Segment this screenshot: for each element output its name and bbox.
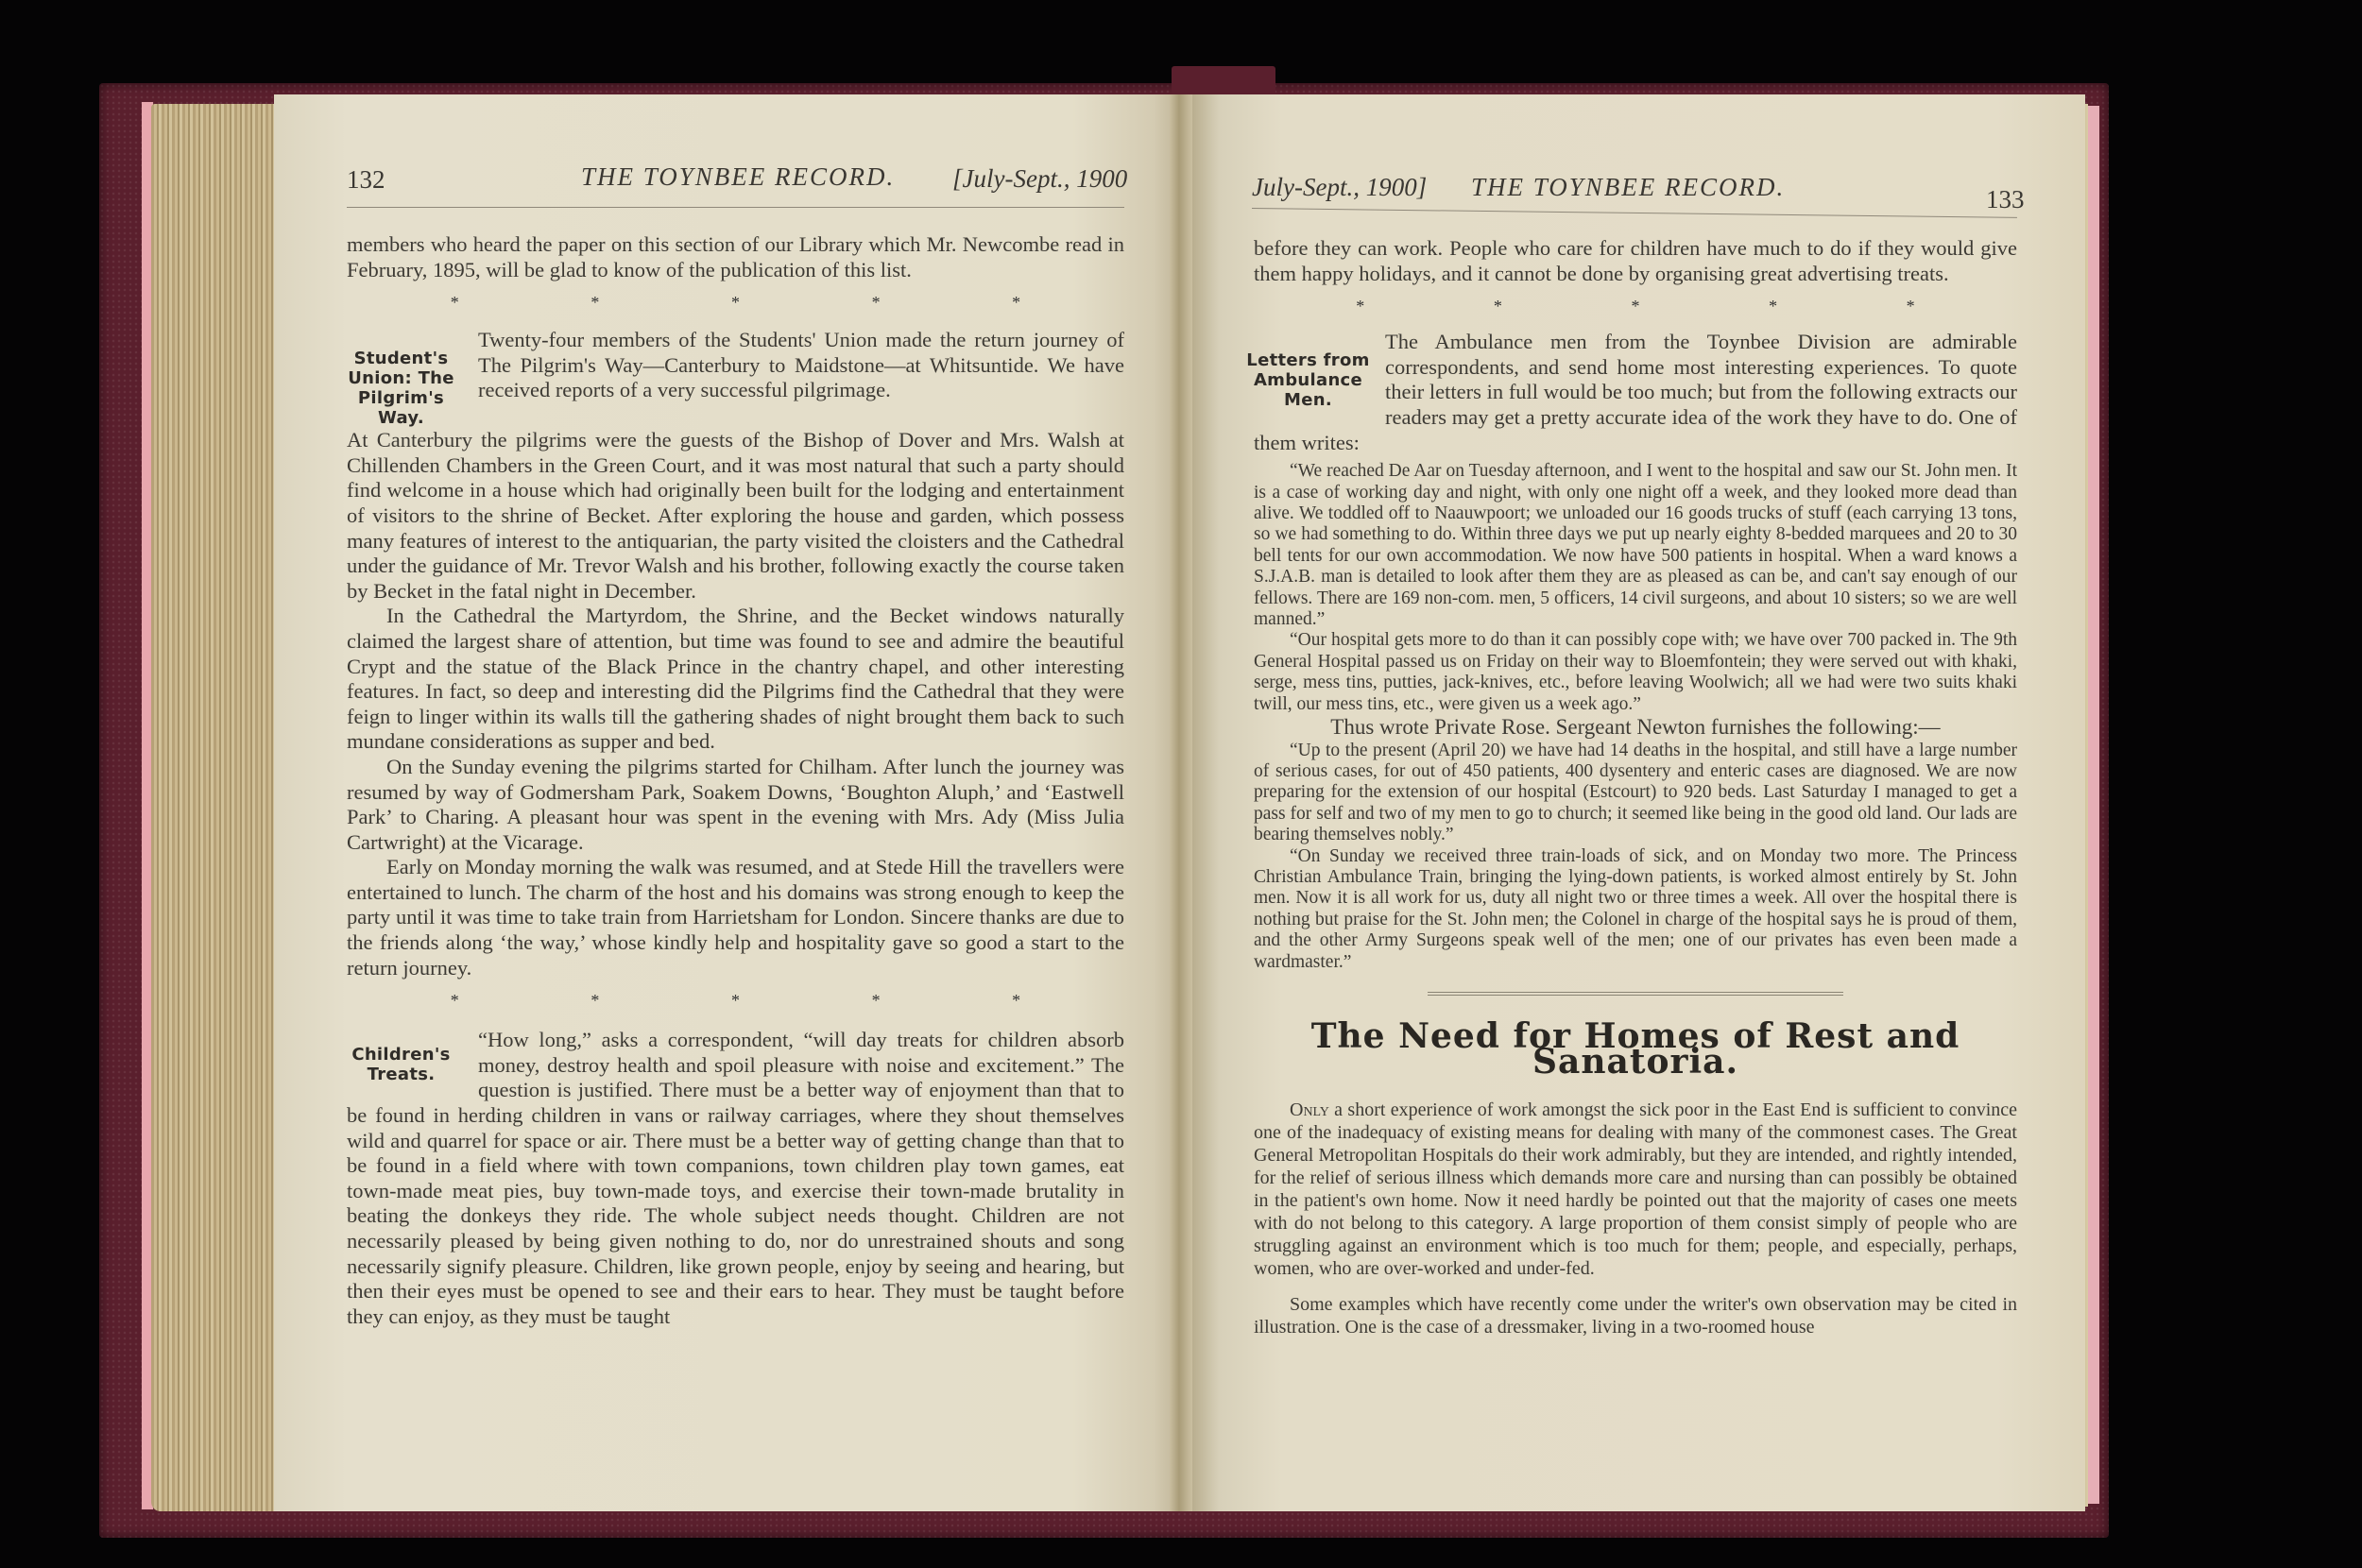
section-separator: * * * * * <box>347 980 1124 1020</box>
article-title: The Need for Homes of Rest and Sanatoria… <box>1254 1024 2017 1074</box>
right-endpaper-edge <box>2086 106 2099 1504</box>
side-heading-ambulance-letters: Letters from Ambulance Men. <box>1244 350 1372 410</box>
section-separator: * * * * * <box>1254 286 2017 326</box>
section-separator: * * * * * <box>347 282 1124 322</box>
sunday-paragraph: On the Sunday evening the pilgrims start… <box>347 755 1124 855</box>
letter-extract: “On Sunday we received three train-loads… <box>1254 846 2017 973</box>
left-page-body: members who heard the paper on this sect… <box>347 232 1124 1329</box>
right-page-body: before they can work. People who care fo… <box>1254 236 2017 1338</box>
left-running-title: THE TOYNBEE RECORD. <box>581 162 895 192</box>
letter-extract: “We reached De Aar on Tuesday afternoon,… <box>1254 461 2017 630</box>
letter-extract: “Our hospital gets more to do than it ca… <box>1254 630 2017 715</box>
continuation-paragraph: members who heard the paper on this sect… <box>347 232 1124 282</box>
transition-line: Thus wrote Private Rose. Sergeant Newton… <box>1254 715 2017 741</box>
left-page-number: 132 <box>347 165 385 195</box>
right-page-number: 133 <box>1986 185 2025 214</box>
left-running-date: [July-Sept., 1900 <box>952 164 1127 194</box>
cathedral-paragraph: In the Cathedral the Martyrdom, the Shri… <box>347 604 1124 755</box>
canterbury-paragraph: At Canterbury the pilgrims were the gues… <box>347 428 1124 604</box>
sergeant-newton-letter: “Up to the present (April 20) we have ha… <box>1254 741 2017 973</box>
left-header-rule <box>347 207 1124 208</box>
side-heading-pilgrims-way: Student's Union: The Pilgrim's Way. <box>337 349 465 428</box>
private-rose-letter: “We reached De Aar on Tuesday afternoon,… <box>1254 461 2017 715</box>
right-running-date: July-Sept., 1900] <box>1252 173 1427 202</box>
article-paragraph: Only a short experience of work amongst … <box>1254 1099 2017 1280</box>
continuation-paragraph: before they can work. People who care fo… <box>1254 236 2017 286</box>
article-divider <box>1428 992 1843 996</box>
lead-word: Only <box>1290 1099 1329 1120</box>
article-body: Only a short experience of work amongst … <box>1254 1099 2017 1338</box>
side-heading-childrens-treats: Children's Treats. <box>337 1045 465 1084</box>
left-page-block-edge <box>151 104 274 1511</box>
letter-extract: “Up to the present (April 20) we have ha… <box>1254 741 2017 846</box>
monday-paragraph: Early on Monday morning the walk was res… <box>347 855 1124 980</box>
right-running-title: THE TOYNBEE RECORD. <box>1471 173 1785 202</box>
article-paragraph: Some examples which have recently come u… <box>1254 1293 2017 1338</box>
